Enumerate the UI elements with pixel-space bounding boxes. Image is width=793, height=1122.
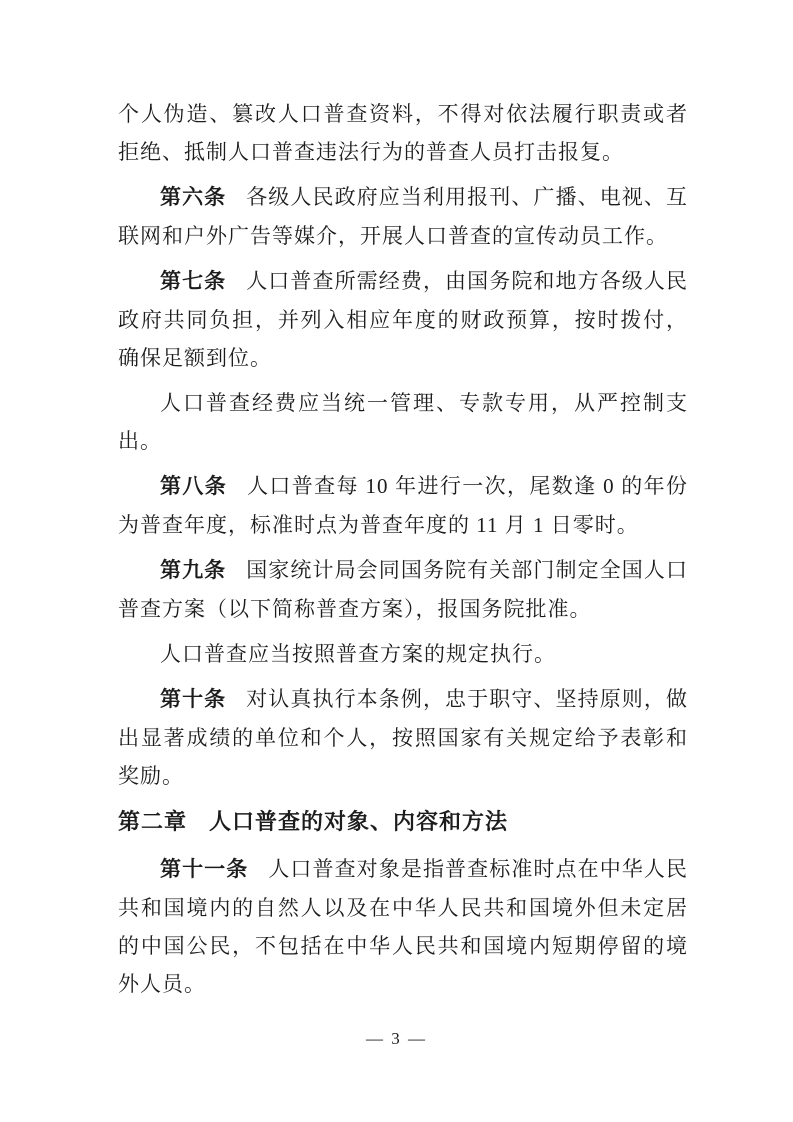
article-label: 第十条 [160, 688, 226, 711]
paragraph-article-6: 第六条各级人民政府应当利用报刊、广播、电视、互联网和户外广告等媒介，开展人口普查… [118, 178, 688, 255]
article-label: 第七条 [160, 270, 226, 293]
article-label: 第九条 [160, 559, 226, 582]
paragraph-article-9: 第九条国家统计局会同国务院有关部门制定全国人口普查方案（以下简称普查方案），报国… [118, 551, 688, 628]
article-label: 第十一条 [160, 858, 248, 881]
paragraph-funds: 人口普查经费应当统一管理、专款专用，从严控制支出。 [118, 384, 688, 460]
document-body: 个人伪造、篡改人口普查资料，不得对依法履行职责或者拒绝、抵制人口普查违法行为的普… [118, 95, 688, 1010]
paragraph-text: 人口普查应当按照普查方案的规定执行。 [160, 642, 556, 666]
page-number: — 3 — [0, 1028, 793, 1050]
chapter-number: 第二章 [118, 809, 187, 834]
article-label: 第八条 [160, 475, 227, 498]
paragraph-continuation: 个人伪造、篡改人口普查资料，不得对依法履行职责或者拒绝、抵制人口普查违法行为的普… [118, 95, 688, 171]
chapter-heading: 第二章人口普查的对象、内容和方法 [118, 802, 688, 842]
paragraph-article-8: 第八条人口普查每 10 年进行一次，尾数逢 0 的年份为普查年度，标准时点为普查… [118, 467, 688, 544]
chapter-title: 人口普查的对象、内容和方法 [209, 809, 508, 834]
paragraph-text: 人口普查经费应当统一管理、专款专用，从严控制支出。 [118, 391, 688, 453]
paragraph-plan-execution: 人口普查应当按照普查方案的规定执行。 [118, 635, 688, 673]
paragraph-text: 个人伪造、篡改人口普查资料，不得对依法履行职责或者拒绝、抵制人口普查违法行为的普… [118, 102, 688, 164]
article-label: 第六条 [160, 186, 226, 209]
paragraph-article-11: 第十一条人口普查对象是指普查标准时点在中华人民共和国境内的自然人以及在中华人民共… [118, 850, 688, 1003]
paragraph-article-10: 第十条对认真执行本条例，忠于职守、坚持原则，做出显著成绩的单位和个人，按照国家有… [118, 680, 688, 795]
paragraph-article-7: 第七条人口普查所需经费，由国务院和地方各级人民政府共同负担，并列入相应年度的财政… [118, 262, 688, 377]
document-page: 个人伪造、篡改人口普查资料，不得对依法履行职责或者拒绝、抵制人口普查违法行为的普… [0, 0, 793, 1122]
